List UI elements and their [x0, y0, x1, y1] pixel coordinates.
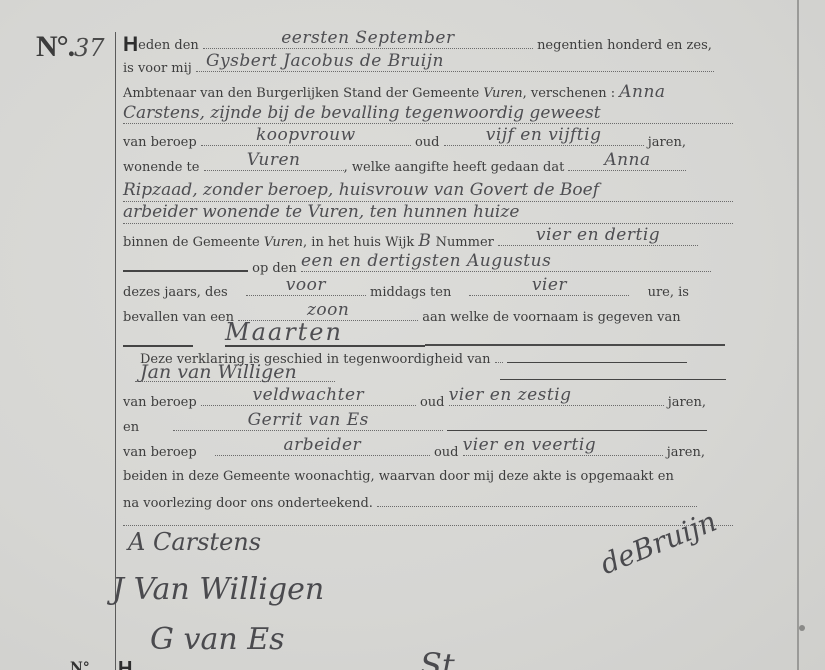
occupation-field: arbeider — [215, 440, 430, 456]
label: beiden in deze Gemeente woonachtig, waar… — [123, 469, 674, 484]
dotted-rule — [377, 491, 697, 507]
age-field: vier en veertig — [463, 440, 663, 456]
label: van beroep — [123, 135, 197, 150]
label: Ambtenaar van den Burgerlijken Stand der… — [123, 86, 479, 101]
solid-rule — [447, 415, 707, 431]
handwritten-residence: Vuren — [204, 149, 344, 171]
handwritten-age: vier en zestig — [449, 384, 664, 406]
municipality: Vuren — [264, 235, 303, 250]
signature-witness2: G van Es — [150, 622, 285, 657]
age-field: vijf en vijftig — [444, 130, 644, 146]
handwritten-ampm: voor — [246, 274, 366, 296]
line-closing: beiden in deze Gemeente woonachtig, waar… — [123, 466, 733, 488]
occupation-field: veldwachter — [201, 390, 416, 406]
act-number-label: N°. — [36, 30, 74, 64]
line-witness2-occupation: van beroep arbeider oud vier en veertig … — [123, 440, 733, 462]
handwritten-line: Ripzaad, zonder beroep, huisvrouw van Go… — [123, 180, 599, 200]
label: , verschenen : — [523, 86, 616, 101]
handwritten-official: Gysbert Jacobus de Bruijn — [196, 50, 714, 72]
handwritten-wijk: B — [418, 231, 431, 251]
label: Nummer — [436, 235, 494, 250]
label: jaren, — [667, 445, 705, 460]
solid-rule — [507, 347, 687, 363]
residence-field: Vuren — [204, 155, 344, 171]
handwritten-line: Carstens, zijnde bij de bevalling tegenw… — [123, 103, 601, 123]
handwritten-age: vier en veertig — [463, 434, 663, 456]
ampm-field: voor — [246, 280, 366, 296]
label: wonende te — [123, 160, 199, 175]
handwritten-birth-date: een en dertigsten Augustus — [301, 250, 711, 272]
dotted-rule — [123, 524, 733, 526]
label: oud — [415, 135, 440, 150]
date-field: eersten September — [203, 33, 533, 49]
next-act-label: N° — [70, 660, 100, 670]
handwritten-hour: vier — [469, 274, 629, 296]
house-number-field: vier en dertig — [498, 230, 698, 246]
act-label: N°. — [36, 30, 74, 63]
solid-rule — [425, 344, 725, 346]
act-number: 37 — [74, 34, 105, 62]
witness2-field: Gerrit van Es — [173, 415, 443, 431]
hour-field: vier — [469, 280, 629, 296]
label: en — [123, 420, 139, 435]
line-read-aloud: na voorlezing door ons onderteekend. — [123, 491, 733, 513]
solid-rule — [123, 255, 248, 272]
signature-declarant: A Carstens — [128, 528, 261, 556]
handwritten-occupation: koopvrouw — [201, 124, 411, 146]
handwritten-child-name: Maarten — [225, 318, 343, 346]
label: binnen de Gemeente — [123, 235, 260, 250]
label: van beroep — [123, 395, 197, 410]
label: dezes jaars, des — [123, 285, 228, 300]
handwritten-witness1: Jan van Willigen — [140, 361, 297, 383]
line-declarant: Ambtenaar van den Burgerlijken Stand der… — [123, 81, 733, 103]
label: oud — [434, 445, 459, 460]
age-field: vier en zestig — [449, 390, 664, 406]
handwritten-mother: Anna — [568, 149, 686, 171]
label: ure, is — [648, 285, 689, 300]
line-sex: bevallen van een zoon aan welke de voorn… — [123, 305, 733, 327]
handwritten-witness2: Gerrit van Es — [173, 409, 443, 431]
label: , welke aangifte heeft gedaan dat — [344, 160, 565, 175]
mother-field: Anna — [568, 155, 686, 171]
birth-date-field: een en dertigsten Augustus — [301, 256, 711, 272]
line-time: dezes jaars, des voor middags ten vier u… — [123, 280, 733, 302]
label: is voor mij — [123, 61, 192, 76]
handwritten-line: arbeider wonende te Vuren, ten hunnen hu… — [123, 202, 519, 222]
label: eden den — [138, 38, 199, 53]
label: van beroep — [123, 445, 197, 460]
label: middags ten — [370, 285, 451, 300]
signature-official: deBruijn — [596, 505, 722, 581]
handwritten-age: vijf en vijftig — [444, 124, 644, 146]
register-page: N°. 37 Heden den eersten September negen… — [0, 0, 825, 670]
label: , in het huis Wijk — [303, 235, 414, 250]
label: jaren, — [668, 395, 706, 410]
handwritten-occupation: arbeider — [215, 434, 430, 456]
label: jaren, — [648, 135, 686, 150]
line-residence: wonende te Vuren, welke aangifte heeft g… — [123, 155, 733, 177]
drop-initial: H — [123, 33, 138, 56]
handwritten-occupation: veldwachter — [201, 384, 416, 406]
label: bevallen van een — [123, 310, 234, 325]
handwritten-declarant: Anna — [619, 82, 665, 102]
dotted-rule — [495, 347, 503, 363]
handwritten-date: eersten September — [203, 27, 533, 49]
label: na voorlezing door ons onderteekend. — [123, 496, 373, 511]
next-handwritten-fragment: St — [420, 648, 455, 670]
municipality: Vuren — [483, 86, 522, 101]
official-field: Gysbert Jacobus de Bruijn — [196, 56, 714, 72]
page-margin-rule — [797, 0, 799, 670]
label: aan welke de voornaam is gegeven van — [422, 310, 680, 325]
next-drop-initial: H — [118, 659, 132, 670]
binding-hole — [799, 625, 805, 631]
label: oud — [420, 395, 445, 410]
occupation-field: koopvrouw — [201, 130, 411, 146]
line-address: binnen de Gemeente Vuren, in het huis Wi… — [123, 230, 733, 252]
handwritten-number: vier en dertig — [498, 224, 698, 246]
solid-rule — [500, 379, 726, 380]
line-official: is voor mij Gysbert Jacobus de Bruijn — [123, 56, 733, 78]
signature-witness1: J Van Willigen — [112, 572, 324, 607]
line-birth-date: op den een en dertigsten Augustus — [123, 255, 733, 277]
